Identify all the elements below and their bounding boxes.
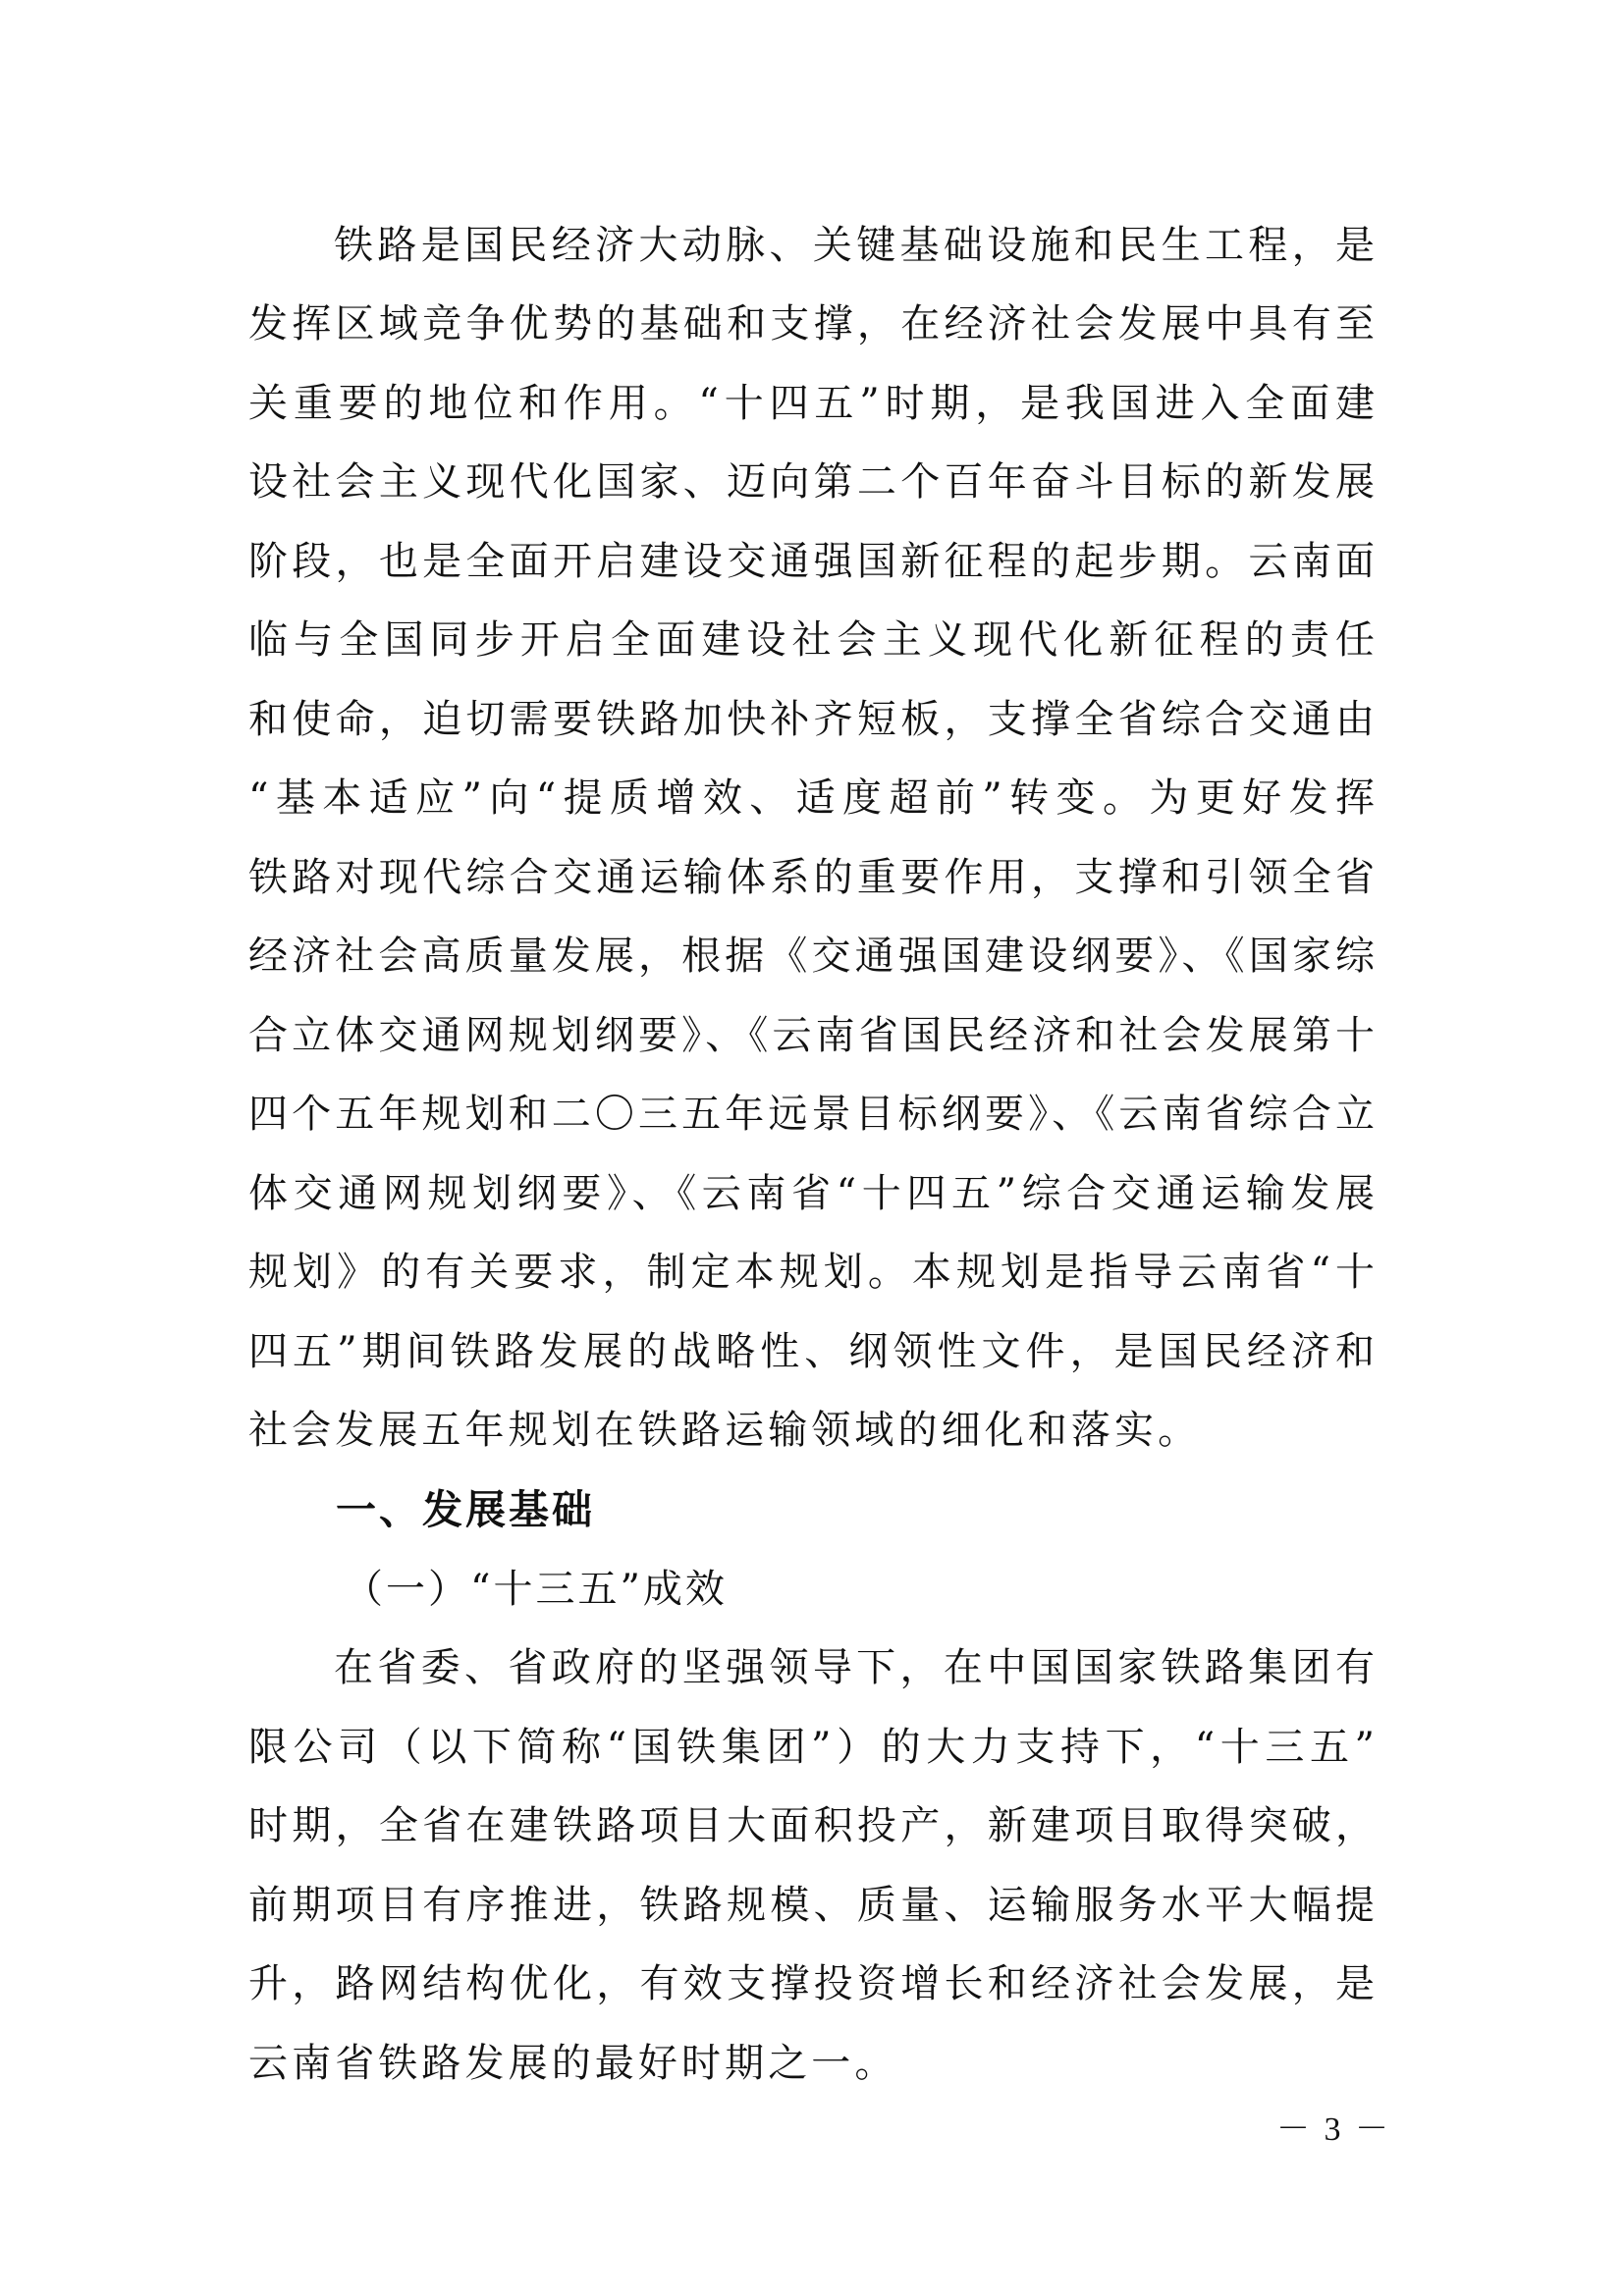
paragraph-line: 发挥区域竞争优势的基础和支撑，在经济社会发展中具有至 xyxy=(248,285,1375,363)
page-number: － 3 － xyxy=(1276,2109,1384,2152)
paragraph-line: 在省委、省政府的坚强领导下，在中国国家铁路集团有 xyxy=(334,1629,1375,1707)
paragraph-line: 设社会主义现代化国家、迈向第二个百年奋斗目标的新发展 xyxy=(248,443,1375,521)
section-heading: 一、发展基础 xyxy=(336,1470,595,1549)
paragraph-line: 经济社会高质量发展，根据《交通强国建设纲要》、《国家综 xyxy=(248,917,1375,995)
paragraph-line: 铁路是国民经济大动脉、关键基础设施和民生工程，是 xyxy=(334,206,1375,285)
paragraph-line: 规划》的有关要求，制定本规划。本规划是指导云南省“十 xyxy=(248,1233,1375,1311)
paragraph-line: 升，路网结构优化，有效支撑投资增长和经济社会发展，是 xyxy=(248,1945,1375,2023)
paragraph-line: 云南省铁路发展的最好时期之一。 xyxy=(248,2024,1375,2103)
paragraph-line: 和使命，迫切需要铁路加快补齐短板，支撑全省综合交通由 xyxy=(248,680,1375,759)
paragraph-line: 限公司（以下简称“国铁集团”）的大力支持下，“十三五” xyxy=(248,1708,1375,1787)
paragraph-line: 时期，全省在建铁路项目大面积投产，新建项目取得突破， xyxy=(248,1787,1375,1865)
paragraph-line: 临与全国同步开启全面建设社会主义现代化新征程的责任 xyxy=(248,601,1375,679)
paragraph-line: 四五”期间铁路发展的战略性、纲领性文件，是国民经济和 xyxy=(248,1312,1375,1391)
paragraph-line: 社会发展五年规划在铁路运输领域的细化和落实。 xyxy=(248,1391,1375,1469)
paragraph-line: 铁路对现代综合交通运输体系的重要作用，支撑和引领全省 xyxy=(248,838,1375,917)
paragraph-line: 四个五年规划和二〇三五年远景目标纲要》、《云南省综合立 xyxy=(248,1075,1375,1153)
document-page: 铁路是国民经济大动脉、关键基础设施和民生工程，是 发挥区域竞争优势的基础和支撑，… xyxy=(0,0,1624,2296)
paragraph-line: 体交通网规划纲要》、《云南省“十四五”综合交通运输发展 xyxy=(248,1154,1375,1233)
paragraph-line: 前期项目有序推进，铁路规模、质量、运输服务水平大幅提 xyxy=(248,1866,1375,1945)
paragraph-line: 合立体交通网规划纲要》、《云南省国民经济和社会发展第十 xyxy=(248,996,1375,1075)
subsection-heading: （一）“十三五”成效 xyxy=(344,1550,728,1629)
paragraph-line: “基本适应”向“提质增效、适度超前”转变。为更好发挥 xyxy=(248,759,1375,837)
paragraph-line: 关重要的地位和作用。“十四五”时期，是我国进入全面建 xyxy=(248,364,1375,443)
paragraph-line: 阶段，也是全面开启建设交通强国新征程的起步期。云南面 xyxy=(248,522,1375,601)
